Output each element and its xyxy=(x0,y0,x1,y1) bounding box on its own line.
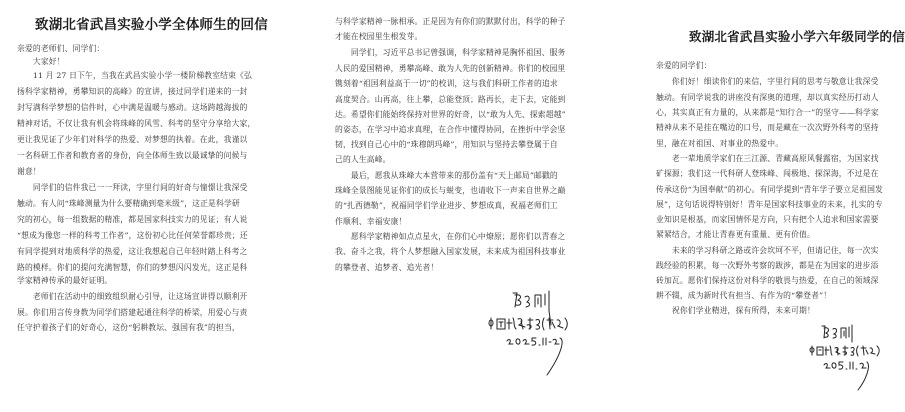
text-line: 最后，愿我从珠峰大本营带来的那份盖有“天上邮局”邮戳的 xyxy=(335,170,558,181)
text-line: 老师们在活动中的细致组织耐心引导，让这场宣讲得以顺利开 xyxy=(17,291,247,302)
text-line: 的“扎西德勒”，祝福同学们学业进步、梦想成真，祝福老师们工 xyxy=(335,200,558,211)
text-line: 未来的学习科研之路或许会坎坷不平，但请记住，每一次实 xyxy=(656,245,879,256)
text-line: 亲爱的老师们、同学们： xyxy=(17,43,104,54)
handwritten-signature xyxy=(485,285,595,395)
text-line: 展”，这句话说得特别好！青年是国家科技事业的未来，扎实的专 xyxy=(656,199,883,210)
text-line: 扬科学家精神，勇攀知识的高峰》的宣讲，接过同学们递来的一封 xyxy=(17,86,247,97)
text-line: 精神从来不是挂在嘴边的口号，而是藏在一次次野外科考的坚持 xyxy=(656,122,879,133)
signature-icon xyxy=(485,285,595,395)
text-line: 韧，找到自己心中的“珠穆朗玛峰”，用知识与坚持去攀登属于自 xyxy=(335,139,558,150)
text-line: 珠峰全景图能见证你们的成长与蜕变，也请收下一声来自世界之巅 xyxy=(335,185,565,196)
signature-icon xyxy=(808,322,898,412)
text-line: 我、奋斗之我，将个人梦想融入国家发展，未来成为祖国科技事业 xyxy=(335,246,565,257)
text-line: 砖加瓦。愿你们保持这份对科学的敬畏与热爱，在自己的领域深 xyxy=(656,275,879,286)
text-line: 11 月 27 日下午，当我在武昌实验小学一楼阶梯教室结束《弘 xyxy=(17,70,252,81)
text-line: “想成为像您一样的科考工作者”，这份初心比任何荣誉都珍贵；还 xyxy=(17,230,248,241)
text-line: 高度契合。山再高，往上攀，总能登顶；路再长，走下去，定能到 xyxy=(335,94,565,105)
text-line: 矿探源；我们这一代科研人登珠峰、闯极地、探深海，不过是在 xyxy=(656,168,879,179)
text-line: 谢意！ xyxy=(17,166,41,177)
text-line: 触动。有同学说我的讲座没有深奥的道理，却以真实经历打动人 xyxy=(656,92,879,103)
text-line: 究的初心，每一组数据的精准，都是国家科技实力的见证；有人说 xyxy=(17,214,247,225)
text-line: 业知识是根基，而家国情怀是方向，只有把个人追求和国家需要 xyxy=(656,214,879,225)
text-line: 展。你们用言传身教为同学们搭建起通往科学的桥梁，用爱心与责 xyxy=(17,307,247,318)
letter-page-3: 致湖北省武昌实验小学六年级同学的信 亲爱的同学们： 你们好！细读你们的来信，字里… xyxy=(610,0,905,412)
text-line: 一名科研工作者和教育者的身份，向全体师生致以最诚挚的问候与 xyxy=(17,150,247,161)
text-line: 触动。有人问“珠峰测量为什么要精确到毫米级”，这正是科学研 xyxy=(17,198,240,209)
text-line: 耕不辍，成为新时代有担当、有作为的“攀登者”！ xyxy=(656,290,831,301)
text-line: 老一辈地质学家们在三江源、青藏高原风餐露宿，为国家找 xyxy=(656,153,879,164)
text-line: 镌刻着“祖国利益高于一切”的校训，这与我们科研工作者的追求 xyxy=(335,78,558,89)
letter-page-2: 与科学家精神一脉相承。正是因为有你们的默默付出，科学的种子 才能在校园里生根发芽… xyxy=(300,0,610,412)
text-line: 紧紧结合，才能让青春更有重量、更有价值。 xyxy=(656,229,815,240)
text-line: 心，其实真正有力量的，从来都是“知行合一”的坚守——科学家 xyxy=(656,107,879,118)
letter-title: 致湖北省武昌实验小学六年级同学的信 xyxy=(689,27,905,45)
text-line: 与科学家精神一脉相承。正是因为有你们的默默付出，科学的种子 xyxy=(335,16,565,27)
text-line: 更让我见证了少年们对科学的热爱、对梦想的执着。在此，我谨以 xyxy=(17,134,247,145)
text-line: 传承这份“为国奉献”的初心。有同学提到“青年学子要立足祖国发 xyxy=(656,184,883,195)
text-line: 路的模样。你们的提问充满智慧，你们的梦想闪闪发光，这正是科 xyxy=(17,262,247,273)
text-line: 祝你们学业精进，探有所得，未来可期！ xyxy=(656,305,815,316)
handwritten-signature xyxy=(808,322,898,412)
text-line: 有同学提到对地质科学的热爱，这让我想起自己年轻时踏上科考之 xyxy=(17,246,247,257)
text-line: 达。希望你们能始终保持对世界的好奇，以“敢为人先、探索超越” xyxy=(335,109,566,120)
text-line: 学家精神传承的最好证明。 xyxy=(17,275,112,286)
letter-page-1: 致湖北省武昌实验小学全体师生的回信 亲爱的老师们、同学们： 大家好！ 11 月 … xyxy=(0,0,300,412)
text-line: 封写满科学梦想的信件时，心中满是温暖与感动。这场跨越海拔的 xyxy=(17,102,247,113)
text-line: 作顺利、幸福安康！ xyxy=(335,216,407,227)
text-line: 才能在校园里生根发芽。 xyxy=(335,31,422,42)
text-line: 的攀登者、追梦者、追光者！ xyxy=(335,262,438,273)
text-line: 愿科学家精神如点点星火，在你们心中燎原；愿你们以青春之 xyxy=(335,231,565,242)
text-line: 里，融在对祖国、对事业的热爱中。 xyxy=(656,138,783,149)
text-line: 大家好！ xyxy=(17,56,65,67)
text-line: 你们好！细读你们的来信，字里行间的思考与敬意让我深受 xyxy=(656,76,879,87)
text-line: 精神对话，不仅让我有机会将珠峰的风雪、科考的坚守分享给大家， xyxy=(17,118,255,129)
text-line: 同学们的信件我已一一拜读，字里行间的好奇与憧憬让我深受 xyxy=(17,182,247,193)
text-line: 践经验的积累，每一次野外考察的跋涉，都是在为国家的进步添 xyxy=(656,260,879,271)
text-line: 任守护着孩子们的好奇心，这份“躬耕教坛、强国有我”的担当， xyxy=(17,322,240,333)
text-line: 的姿态，在学习中追求真理，在合作中懂得协同，在挫折中学会坚 xyxy=(335,124,565,135)
text-line: 己的人生高峰。 xyxy=(335,154,391,165)
text-line: 亲爱的同学们： xyxy=(656,60,712,71)
text-line: 同学们，习近平总书记曾强调，科学家精神是胸怀祖国、服务 xyxy=(335,47,565,58)
text-line: 人民的爱国精神，勇攀高峰、敢为人先的创新精神。你们的校园里 xyxy=(335,63,565,74)
letter-title: 致湖北省武昌实验小学全体师生的回信 xyxy=(35,13,268,33)
